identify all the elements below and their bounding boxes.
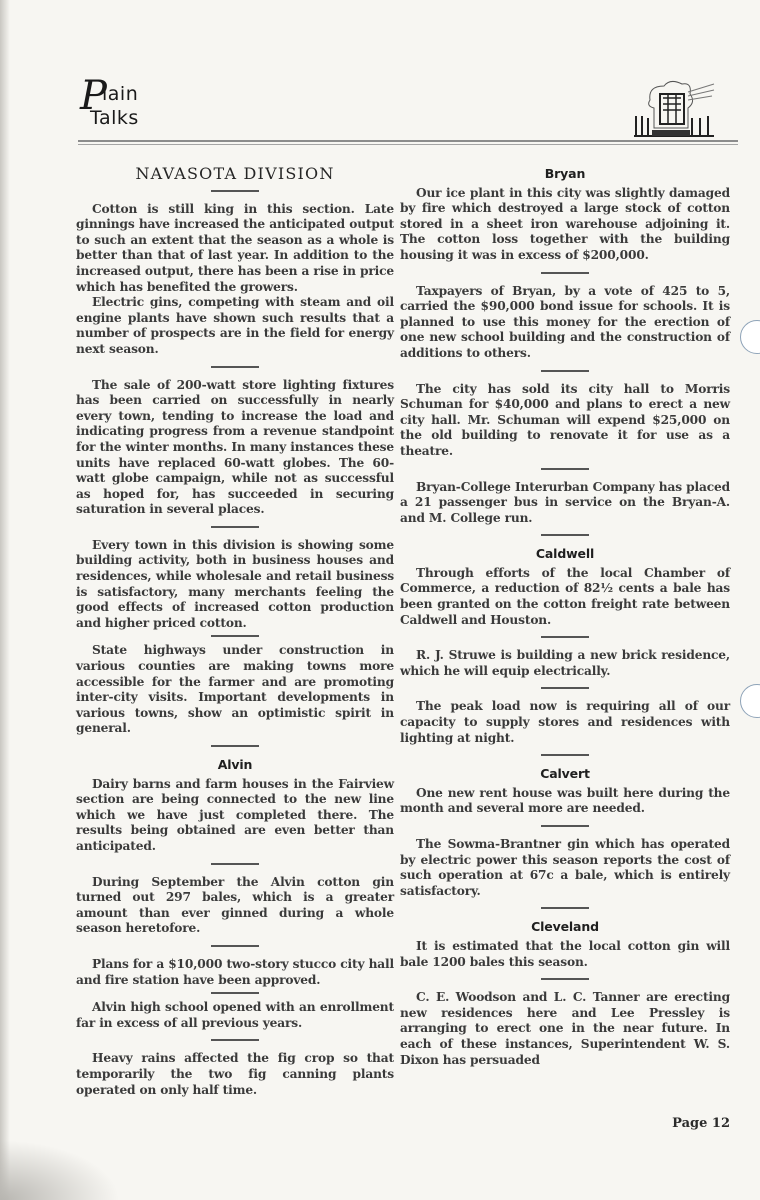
paragraph: Every town in this division is showing s… [76, 538, 394, 632]
separator [541, 907, 589, 909]
paragraph: R. J. Struwe is building a new brick res… [400, 648, 730, 679]
separator [211, 366, 259, 368]
separator [211, 992, 259, 994]
division-title: NAVASOTA DIVISION [76, 166, 394, 182]
binder-hole [740, 684, 760, 718]
section-heading-caldwell: Caldwell [400, 546, 730, 562]
paragraph: The sale of 200-watt store lighting fixt… [76, 378, 394, 518]
paragraph: The peak load now is requiring all of ou… [400, 699, 730, 746]
paragraph: During September the Alvin cotton gin tu… [76, 875, 394, 937]
separator [541, 825, 589, 827]
page-number: Page 12 [672, 1116, 730, 1131]
separator [211, 745, 259, 747]
separator [541, 754, 589, 756]
separator [541, 534, 589, 536]
paragraph: It is estimated that the local cotton gi… [400, 939, 730, 970]
separator [541, 636, 589, 638]
paragraph: One new rent house was built here during… [400, 786, 730, 817]
paragraph: The Sowma-Brantner gin which has operate… [400, 837, 730, 899]
plain-talks-logo: P lain Talks [80, 78, 170, 138]
paragraph: Heavy rains affected the fig crop so tha… [76, 1051, 394, 1098]
paragraph: Electric gins, competing with steam and … [76, 295, 394, 357]
paragraph: Bryan-College Interurban Company has pla… [400, 480, 730, 527]
separator [541, 687, 589, 689]
header-rule [78, 140, 738, 145]
paragraph: The city has sold its city hall to Morri… [400, 382, 730, 460]
paragraph: Taxpayers of Bryan, by a vote of 425 to … [400, 284, 730, 362]
separator [211, 1039, 259, 1041]
right-column: Bryan Our ice plant in this city was sli… [400, 166, 730, 1068]
left-column: NAVASOTA DIVISION Cotton is still king i… [76, 166, 394, 1098]
separator [541, 272, 589, 274]
paragraph: Alvin high school opened with an enrollm… [76, 1000, 394, 1031]
separator [541, 370, 589, 372]
section-heading-bryan: Bryan [400, 166, 730, 182]
paragraph: State highways under construction in var… [76, 643, 394, 737]
binder-hole [740, 320, 760, 354]
section-heading-calvert: Calvert [400, 766, 730, 782]
paragraph: Dairy barns and farm houses in the Fairv… [76, 777, 394, 855]
page-corner-shadow [0, 1140, 120, 1200]
logo-word-plain: lain [102, 84, 138, 104]
paragraph: Through efforts of the local Chamber of … [400, 566, 730, 628]
separator [541, 978, 589, 980]
power-plant-emblem-icon [630, 78, 720, 138]
paragraph: Cotton is still king in this section. La… [76, 202, 394, 296]
separator [211, 635, 259, 637]
logo-word-talks: Talks [90, 108, 139, 128]
page-edge-shadow [0, 0, 10, 1200]
paragraph: C. E. Woodson and L. C. Tanner are erect… [400, 990, 730, 1068]
separator [211, 190, 259, 192]
paragraph: Our ice plant in this city was slightly … [400, 186, 730, 264]
section-heading-alvin: Alvin [76, 757, 394, 773]
separator [211, 863, 259, 865]
masthead: P lain Talks [78, 78, 738, 144]
separator [211, 945, 259, 947]
paragraph: Plans for a $10,000 two-story stucco cit… [76, 957, 394, 988]
separator [541, 468, 589, 470]
separator [211, 526, 259, 528]
section-heading-cleveland: Cleveland [400, 919, 730, 935]
